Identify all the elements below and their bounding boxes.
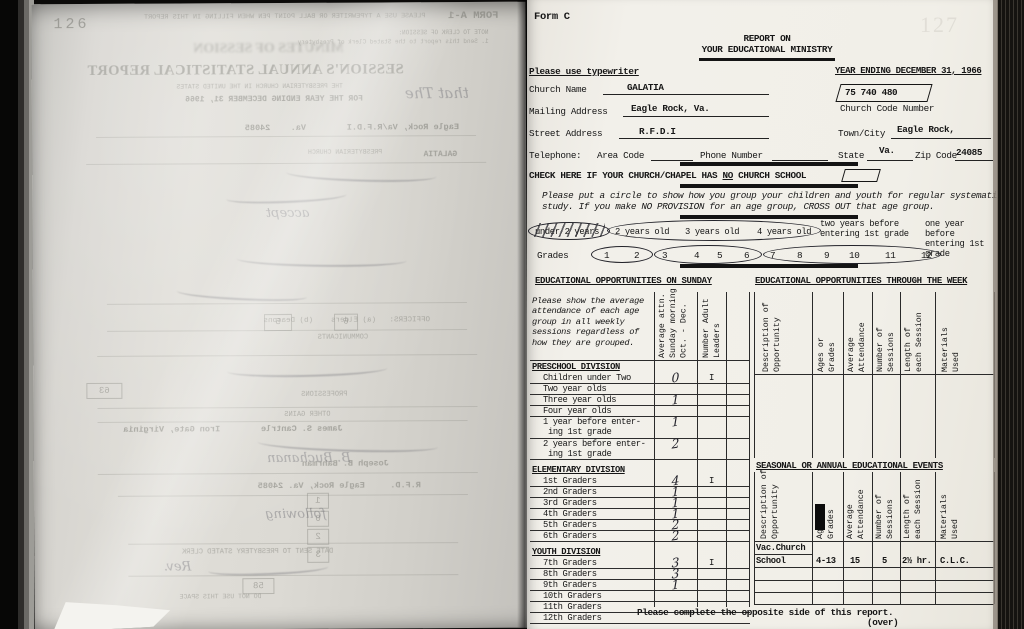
over-note: (over) (867, 617, 898, 628)
week-section-title: EDUCATIONAL OPPORTUNITIES THROUGH THE WE… (755, 276, 967, 286)
scanned-book-spread: 126 FORM A-1 PLEASE USE A TYPEWRITER OR … (0, 0, 1024, 629)
phone-number-line (772, 160, 828, 161)
form-c-page: 127 Form C REPORT ON YOUR EDUCATIONAL MI… (527, 0, 997, 629)
area-code-label: Area Code (597, 150, 644, 161)
address2-line: R.F.D. Eagle Rock, Va. 24085 (258, 480, 421, 491)
note-line2: 1. Send this report to the Stated Clerk … (298, 38, 489, 46)
sunday-table: Please show the average attendance of ea… (530, 290, 750, 607)
deacons-count-box: 5 (264, 314, 292, 331)
elders-count-box: 6 (334, 314, 358, 331)
row-label-line2: ing 1st grade (530, 427, 750, 437)
division-header-row: YOUTH DIVISION (530, 547, 750, 558)
handwriting-note: B. Buchanan (267, 451, 351, 466)
area-code-line (651, 160, 693, 161)
date-sent-label: DATE SENT TO PRESBYTERY STATED CLERK (182, 548, 333, 557)
table-row: 1 year before enter-ing 1st grade1 (530, 417, 750, 439)
table-row: Children under Two0I (530, 373, 750, 384)
seasonal-event-ages: 4-13 (816, 556, 836, 566)
town-city-line (891, 138, 991, 139)
clerk-line: James S. Cantrle Iron Gate, Virginia (123, 424, 342, 435)
minutes-of-session-title: MINUTES OF SESSION (193, 41, 344, 58)
separator-rule (680, 264, 858, 268)
report-title-line1: REPORT ON (677, 33, 857, 44)
footer-instruction: Please complete the opposite side of thi… (637, 607, 893, 618)
division-header-row: ELEMENTARY DIVISION (530, 465, 750, 476)
net-communicants-box: 58 (242, 578, 274, 594)
no-church-school-checkbox (841, 169, 881, 182)
separator-rule (680, 162, 858, 166)
note-to-clerk: NOTE TO CLERK OF SESSION: (398, 29, 488, 36)
week-table: Description of Opportunity Ages or Grade… (754, 290, 995, 458)
sunday-col-avg-attendance: Average attn. Sunday morning Oct. - Dec. (658, 296, 690, 358)
week-col-ages: Ages or Grades (817, 298, 839, 372)
left-page-number: 126 (53, 16, 89, 33)
table-row: 2nd Graders1 (530, 487, 750, 498)
adult-leaders-value: I (697, 373, 726, 383)
communicants-box: 63 (86, 383, 122, 399)
zip-code-value: 24085 (956, 147, 982, 158)
phone-number-label: Phone Number (700, 150, 763, 161)
seasonal-col-description: Description of Opportunity (760, 475, 782, 539)
state-value: Va. (879, 145, 895, 156)
row-label: 10th Graders (530, 591, 750, 601)
table-row: 7th Graders3I (530, 558, 750, 569)
table-row: Two year olds (530, 384, 750, 395)
row-label: Two year olds (530, 384, 750, 394)
form-c-label: Form C (534, 11, 570, 23)
town-city-label: Town/City (838, 128, 885, 139)
week-col-sessions: Number of Sessions (876, 298, 898, 372)
table-row: Three year olds1 (530, 395, 750, 406)
seasonal-event-sessions: 5 (882, 556, 887, 566)
form-a1-label: FORM A-1 (448, 10, 498, 22)
sunday-table-rows: PRESCHOOL DIVISIONChildren under Two0ITw… (530, 362, 750, 624)
mailing-address-line (623, 116, 769, 117)
gains-box-3: 2 (307, 529, 329, 545)
row-label: 6th Graders (530, 531, 750, 541)
week-col-attendance: Average Attendance (847, 298, 869, 372)
grades-3-6-circle (654, 245, 762, 264)
no-emphasis: NO (722, 170, 732, 181)
church-name-galatia: GALATIA (424, 150, 458, 159)
mailing-address-value: Eagle Rock, Va. (631, 103, 709, 114)
seasonal-col-length: Length of each Session (903, 475, 925, 539)
seasonal-table: Description of Opportunity Ages or Grade… (754, 472, 995, 605)
seasonal-section-title: SEASONAL OR ANNUAL EDUCATIONAL EVENTS (756, 461, 943, 471)
seasonal-col-sessions: Number of Sessions (875, 475, 897, 539)
seasonal-event-attendance: 15 (850, 556, 860, 566)
week-col-length: Length of each Session (904, 298, 926, 372)
state-line (867, 160, 913, 161)
blacked-out-word (815, 504, 825, 530)
church-name-line (603, 94, 769, 95)
professions-label: PROFESSIONS (301, 391, 347, 399)
table-row: 4th Graders1 (530, 509, 750, 520)
church-code-value: 75 740 480 (845, 87, 897, 98)
table-row: 3rd Graders1 (530, 498, 750, 509)
seasonal-event-length: 2½ hr. (902, 556, 932, 566)
zip-code-line (955, 160, 993, 161)
use-typewriter-note: Please use typewriter (529, 66, 639, 77)
gains-box-1: 1 (307, 493, 329, 509)
row-label: 5th Graders (530, 520, 750, 530)
circle-instructions-line2: study. If you make NO PROVISION for an a… (542, 201, 934, 212)
separator-rule (680, 215, 858, 219)
town-city-value: Eagle Rock, (897, 124, 955, 135)
do-not-use-label: DO NOT USE THIS SPACE (180, 593, 262, 600)
handwriting-note: following (265, 507, 326, 522)
separator-rule (680, 184, 858, 188)
row-label: PRESCHOOL DIVISION (530, 362, 750, 373)
telephone-label: Telephone: (529, 150, 581, 161)
sunday-col-adult-leaders: Number Adult Leaders (702, 296, 724, 358)
table-row: 2 years before enter-ing 1st grade2 (530, 439, 750, 461)
officers-line: OFFICERS: (a) Elders (b) Deacons (263, 316, 430, 325)
street-address-value: R.F.D.I (639, 126, 676, 137)
row-label: Three year olds (530, 395, 750, 405)
handwriting-note: accept (266, 206, 310, 221)
ghost-page-number: 127 (920, 12, 959, 38)
sunday-table-note: Please show the average attendance of ea… (532, 296, 652, 348)
seasonal-col-materials: Materials Used (940, 475, 962, 539)
year-ending: YEAR ENDING DECEMBER 31, 1966 (835, 66, 981, 76)
typewriter-note: PLEASE USE A TYPEWRITER OR BALL POINT PE… (144, 12, 425, 21)
adult-leaders-value: I (697, 558, 726, 568)
row-label: 1 year before enter- (530, 417, 750, 427)
mailing-address-label: Mailing Address (529, 106, 607, 117)
title-underline (699, 58, 835, 61)
street-address-label: Street Address (529, 128, 602, 139)
row-label: Four year olds (530, 406, 750, 416)
row-label: YOUTH DIVISION (530, 547, 750, 558)
street-address-line (619, 138, 769, 139)
address-line: Eagle Rock, Va/R.F.D.I Va. 24085 (245, 122, 459, 133)
other-gains-label: OTHER GAINS (284, 411, 330, 419)
age-group-circle (607, 220, 821, 241)
week-col-materials: Materials Used (941, 298, 963, 372)
grades-1-2-circle (591, 246, 653, 263)
report-title-line2: YOUR EDUCATIONAL MINISTRY (677, 44, 857, 55)
handwriting-note: that The (405, 84, 469, 102)
statistical-report-title: SESSION'S ANNUAL STATISTICAL REPORT (87, 61, 404, 80)
book-binding-left (0, 0, 18, 629)
state-label: State (838, 150, 864, 161)
row-label: 4th Graders (530, 509, 750, 519)
seasonal-event-desc-line1: Vac.Church (756, 543, 805, 553)
table-row: 10th Graders (530, 591, 750, 602)
grades-7-12-circle (763, 245, 941, 264)
row-label: ELEMENTARY DIVISION (530, 465, 750, 476)
table-row: 8th Graders3 (530, 569, 750, 580)
seasonal-event-desc-line2: School (756, 556, 786, 566)
table-row: Four year olds (530, 406, 750, 417)
row-label: 9th Graders (530, 580, 750, 590)
zip-code-label: Zip Code (915, 150, 957, 161)
church-code-label: Church Code Number (840, 103, 934, 114)
week-col-description: Description of Opportunity (762, 298, 784, 372)
year-line: FOR THE YEAR ENDING DECEMBER 31, 1966 (185, 95, 363, 105)
church-name-label: Church Name (529, 84, 587, 95)
denomination: PRESBYTERIAN CHURCH (308, 148, 382, 155)
circle-instructions-line1: Please put a circle to show how you grou… (542, 190, 1002, 201)
left-page-form-a1-reverse: 126 FORM A-1 PLEASE USE A TYPEWRITER OR … (31, 2, 528, 629)
row-label: 3rd Graders (530, 498, 750, 508)
row-label: 8th Graders (530, 569, 750, 579)
book-edge-right (997, 0, 1024, 629)
page-edge-highlight (993, 0, 998, 629)
gains-box-2: 0 (307, 511, 329, 527)
table-row: 5th Graders2 (530, 520, 750, 531)
sunday-section-title: EDUCATIONAL OPPORTUNITIES ON SUNDAY (535, 276, 712, 286)
table-row: 9th Graders1 (530, 580, 750, 591)
no-church-school-line: CHECK HERE IF YOUR CHURCH/CHAPEL HAS NO … (529, 170, 806, 181)
church-line: THE PRESBYTERIAN CHURCH IN THE UNITED ST… (177, 83, 343, 91)
handwriting-note: Rev. (164, 559, 192, 574)
grades-label: Grades (537, 250, 568, 261)
seasonal-event-materials: C.L.C. (940, 556, 970, 566)
division-header-row: PRESCHOOL DIVISION (530, 362, 750, 373)
cross-out-marks (533, 223, 605, 237)
row-label: 2 years before enter- (530, 439, 750, 449)
communicants-label: COMMUNICANTS (318, 334, 368, 342)
table-row: 6th Graders2 (530, 531, 750, 542)
row-label: 2nd Graders (530, 487, 750, 497)
table-row: 1st Graders4I (530, 476, 750, 487)
seasonal-col-attendance: Average Attendance (846, 475, 868, 539)
mirrored-content: FORM A-1 PLEASE USE A TYPEWRITER OR BALL… (31, 2, 528, 629)
church-name-value: GALATIA (627, 82, 664, 93)
row-label-line2: ing 1st grade (530, 449, 750, 459)
gains-box-4: 3 (307, 547, 329, 563)
age-group-2yr-before: two years before entering 1st grade (820, 219, 909, 239)
adult-leaders-value: I (697, 476, 726, 486)
treasurer-line: Joseph B. Bahrman (302, 458, 389, 468)
